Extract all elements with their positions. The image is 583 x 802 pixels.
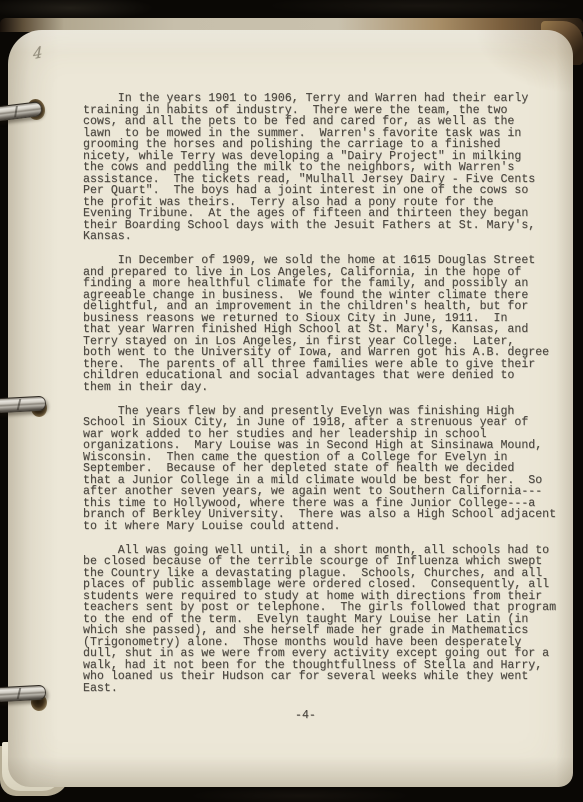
- ring-metal-icon: [0, 685, 46, 703]
- paragraph-3: The years flew by and presently Evelyn w…: [83, 406, 565, 533]
- typewritten-page: 4 In the years 1901 to 1906, Terry and W…: [8, 30, 573, 787]
- binder-ring-bottom: [0, 680, 62, 722]
- binder-ring-middle: [0, 390, 62, 432]
- paragraph-1: In the years 1901 to 1906, Terry and War…: [83, 93, 565, 243]
- ring-metal-icon: [0, 396, 46, 414]
- page-number: -4-: [83, 710, 565, 722]
- scanned-notebook-page: 4 In the years 1901 to 1906, Terry and W…: [0, 0, 583, 802]
- paragraph-4: All was going well until, in a short mon…: [83, 545, 565, 695]
- typewritten-text-block: In the years 1901 to 1906, Terry and War…: [83, 93, 565, 722]
- paragraph-2: In December of 1909, we sold the home at…: [83, 255, 565, 393]
- binder-ring-top: [0, 96, 62, 138]
- handwritten-page-number: 4: [33, 43, 42, 63]
